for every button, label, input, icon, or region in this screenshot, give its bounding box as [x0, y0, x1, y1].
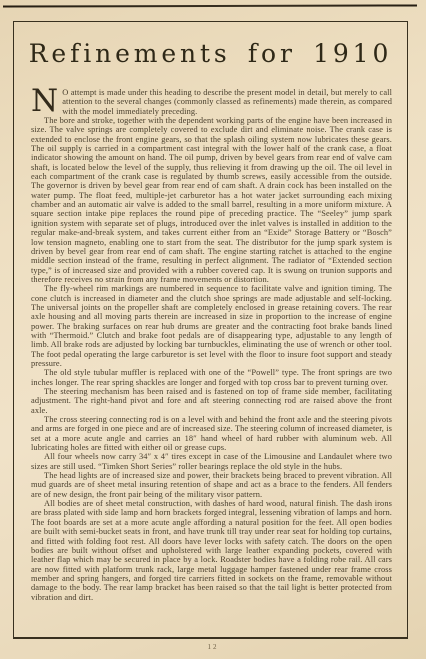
page-title: Refinements for 1910 [18, 37, 403, 71]
page-frame: Refinements for 1910 NO attempt is made … [13, 21, 408, 639]
paragraph-steering-column: The cross steering connecting rod is on … [31, 415, 392, 452]
paragraph-intro: NO attempt is made under this heading to… [31, 88, 392, 116]
scanned-page: Refinements for 1910 NO attempt is made … [0, 0, 426, 659]
paragraph-text: O attempt is made under this heading to … [62, 88, 392, 116]
paragraph-transmission: The fly-wheel rim markings are numbered … [31, 284, 392, 368]
paragraph-steering-mechanism: The steering mechanism has been raised a… [31, 387, 392, 415]
dropcap-letter: N [31, 88, 62, 114]
top-rule [3, 4, 417, 7]
paragraph-engine: The bore and stroke, together with the d… [31, 116, 392, 284]
paragraph-bodies: All bodies are of sheet metal constructi… [31, 499, 392, 602]
page-number: 12 [0, 643, 426, 651]
paragraph-lights-fenders: The head lights are of increased size an… [31, 471, 392, 499]
paragraph-wheels-tires: All four wheels now carry 34″ x 4″ tires… [31, 452, 392, 471]
paragraph-muffler-springs: The old style tubular muffler is replace… [31, 368, 392, 387]
article-body: NO attempt is made under this heading to… [31, 88, 392, 622]
